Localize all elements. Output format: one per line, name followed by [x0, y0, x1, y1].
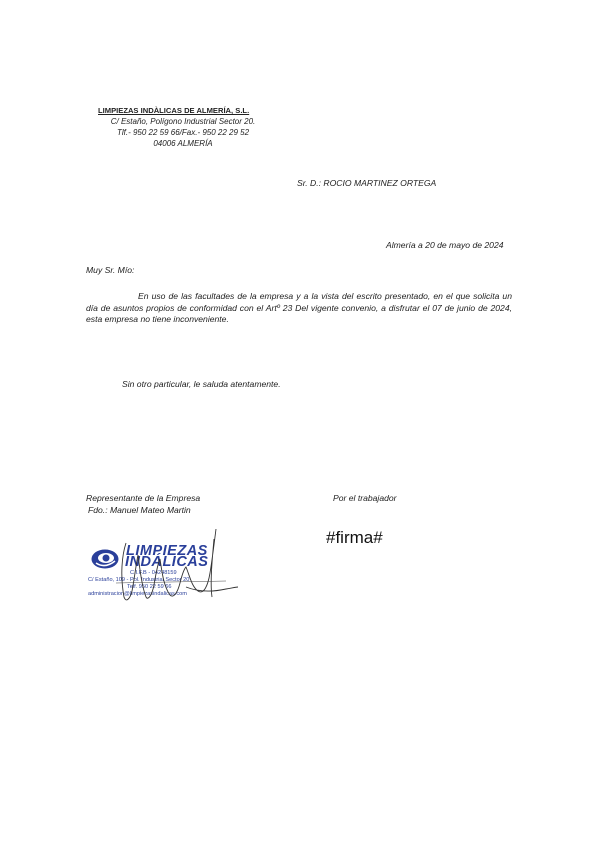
company-address: C/ Estaño, Polígono Industrial Sector 20…	[100, 117, 266, 128]
worker-signature-label: Por el trabajador	[333, 493, 397, 504]
recipient: Sr. D.: ROCIO MARTINEZ ORTEGA	[297, 178, 436, 189]
worker-signature-placeholder: #firma#	[326, 528, 383, 548]
handwritten-signature-icon	[86, 525, 246, 610]
letter-body: En uso de las facultades de la empresa y…	[86, 291, 512, 326]
company-signature-label: Representante de la Empresa	[86, 493, 200, 504]
closing: Sin otro particular, le saluda atentamen…	[122, 379, 281, 390]
greeting: Muy Sr. Mío:	[86, 265, 134, 276]
company-name: LIMPIEZAS INDÀLICAS DE ALMERÍA, S.L.	[98, 106, 249, 117]
company-signer: Fdo.: Manuel Mateo Martin	[88, 505, 191, 516]
company-phone-fax: Tlf.- 950 22 59 66/Fax.- 950 22 29 52	[100, 128, 266, 139]
company-stamp: LIMPIEZAS INDÁLICAS C.I.F.B - 04248159 C…	[86, 525, 246, 610]
letter-body-text: En uso de las facultades de la empresa y…	[86, 291, 512, 324]
date-line: Almería a 20 de mayo de 2024	[386, 240, 504, 251]
company-postal-city: 04006 ALMERÍA	[100, 139, 266, 150]
